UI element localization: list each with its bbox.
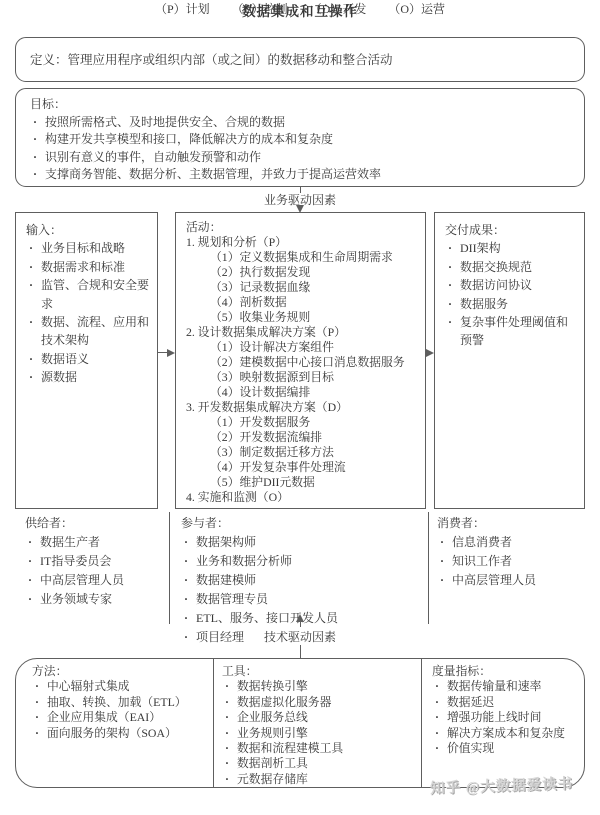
tool-item: 企业服务总线 xyxy=(222,710,414,725)
goal-item: 按照所需格式、及时地提供安全、合规的数据 xyxy=(30,114,570,132)
technical-driver-line-top xyxy=(300,621,301,627)
suppliers-heading: 供给者： xyxy=(25,514,165,533)
metric-item: 数据传输量和速率 xyxy=(432,679,580,694)
tool-item: 数据虚拟化服务器 xyxy=(222,695,414,710)
goals-heading: 目标： xyxy=(30,96,570,114)
legend-item: （D）开发 xyxy=(310,0,367,17)
activity-line: （1）设计解决方案组件 xyxy=(186,340,417,355)
activity-line: （4）设计数据编排 xyxy=(186,385,417,400)
deliverables-box: 交付成果： DII架构 数据交换规范 数据访问协议 数据服务 复杂事件处理阈值和… xyxy=(434,212,585,509)
tool-item: 数据转换引擎 xyxy=(222,679,414,694)
consumer-item: 知识工作者 xyxy=(437,552,587,571)
participant-item: 数据建模师 xyxy=(181,571,421,590)
suppliers-list: 供给者： 数据生产者 IT指导委员会 中高层管理人员 业务领域专家 xyxy=(25,514,165,609)
deliverable-item: 复杂事件处理阈值和预警 xyxy=(445,313,576,350)
tools-heading: 工具： xyxy=(222,664,414,679)
activity-line: （4）开发复杂事件处理流 xyxy=(186,460,417,475)
input-item: 监管、合规和安全要求 xyxy=(26,276,149,313)
definition-box: 定义：管理应用程序或组织内部（或之间）的数据移动和整合活动 xyxy=(15,37,585,82)
deliverable-item: 数据服务 xyxy=(445,295,576,313)
participant-item: 数据架构师 xyxy=(181,533,421,552)
consumer-item: 信息消费者 xyxy=(437,533,587,552)
roles-divider-right xyxy=(428,512,429,624)
metric-item: 解决方案成本和复杂度 xyxy=(432,726,580,741)
activity-line: （5）收集业务规则 xyxy=(186,310,417,325)
input-item: 数据、流程、应用和技术架构 xyxy=(26,313,149,350)
deliverable-item: 数据访问协议 xyxy=(445,276,576,294)
metrics-list: 度量指标： 数据传输量和速率 数据延迟 增强功能上线时间 解决方案成本和复杂度 … xyxy=(432,664,580,756)
activity-line: （5）维护DII元数据 xyxy=(186,475,417,490)
goals-box: 目标： 按照所需格式、及时地提供安全、合规的数据 构建开发共享模型和接口，降低解… xyxy=(15,88,585,187)
supplier-item: IT指导委员会 xyxy=(25,552,165,571)
tool-item: 元数据存储库 xyxy=(222,772,414,787)
activity-line: （1）开发数据服务 xyxy=(186,415,417,430)
deliverable-item: DII架构 xyxy=(445,239,576,257)
input-item: 源数据 xyxy=(26,368,149,386)
participants-heading: 参与者： xyxy=(181,514,421,533)
foundation-divider-left xyxy=(213,658,214,788)
activity-line: 4. 实施和监测（O） xyxy=(186,490,417,505)
activity-line: （2）执行数据发现 xyxy=(186,265,417,280)
legend-item: （C）控制 xyxy=(232,0,288,17)
method-item: 企业应用集成（EAI） xyxy=(32,710,208,725)
arrow-right-icon xyxy=(167,349,175,357)
inputs-box: 输入： 业务目标和战略 数据需求和标准 监管、合规和安全要求 数据、流程、应用和… xyxy=(15,212,158,509)
activity-line: （2）开发数据流编排 xyxy=(186,430,417,445)
inputs-heading: 输入： xyxy=(26,221,149,239)
metric-item: 数据延迟 xyxy=(432,695,580,710)
activities-heading: 活动： xyxy=(186,220,417,235)
tools-list: 工具： 数据转换引擎 数据虚拟化服务器 企业服务总线 业务规则引擎 数据和流程建… xyxy=(222,664,414,787)
activity-line: （3）制定数据迁移方法 xyxy=(186,445,417,460)
legend-item: （P）计划 xyxy=(155,0,210,17)
activity-line: （4）剖析数据 xyxy=(186,295,417,310)
goal-item: 支撑商务智能、数据分析、主数据管理，并致力于提高运营效率 xyxy=(30,166,570,184)
consumers-list: 消费者： 信息消费者 知识工作者 中高层管理人员 xyxy=(437,514,587,590)
methods-list: 方法： 中心辐射式集成 抽取、转换、加载（ETL） 企业应用集成（EAI） 面向… xyxy=(32,664,208,741)
supplier-item: 数据生产者 xyxy=(25,533,165,552)
tool-item: 业务规则引擎 xyxy=(222,726,414,741)
method-item: 面向服务的架构（SOA） xyxy=(32,726,208,741)
activity-line: 3. 开发数据集成解决方案（D） xyxy=(186,400,417,415)
participant-item: 数据管理专员 xyxy=(181,590,421,609)
diagram-canvas: 数据集成和互操作 定义：管理应用程序或组织内部（或之间）的数据移动和整合活动 目… xyxy=(0,0,600,815)
activity-line: 1. 规划和分析（P） xyxy=(186,235,417,250)
legend: （P）计划 （C）控制 （D）开发 （O）运营 xyxy=(0,0,600,17)
tool-item: 数据和流程建模工具 xyxy=(222,741,414,756)
goal-item: 识别有意义的事件，自动触发预警和动作 xyxy=(30,149,570,167)
tool-item: 数据剖析工具 xyxy=(222,756,414,771)
roles-divider-left xyxy=(169,512,170,624)
activities-box: 活动： 1. 规划和分析（P） （1）定义数据集成和生命周期需求 （2）执行数据… xyxy=(175,212,426,509)
method-item: 抽取、转换、加载（ETL） xyxy=(32,695,208,710)
activity-line: （2）建模数据中心接口消息数据服务 xyxy=(186,355,417,370)
foundation-divider-right xyxy=(421,658,422,788)
method-item: 中心辐射式集成 xyxy=(32,679,208,694)
supplier-item: 业务领域专家 xyxy=(25,590,165,609)
metric-item: 增强功能上线时间 xyxy=(432,710,580,725)
input-item: 数据需求和标准 xyxy=(26,258,149,276)
methods-heading: 方法： xyxy=(32,664,208,679)
consumer-item: 中高层管理人员 xyxy=(437,571,587,590)
consumers-heading: 消费者： xyxy=(437,514,587,533)
legend-item: （O）运营 xyxy=(388,0,445,17)
metrics-heading: 度量指标： xyxy=(432,664,580,679)
activity-line: （3）记录数据血缘 xyxy=(186,280,417,295)
goal-item: 构建开发共享模型和接口，降低解决方的成本和复杂度 xyxy=(30,131,570,149)
arrow-right-icon xyxy=(426,349,434,357)
participant-item: 业务和数据分析师 xyxy=(181,552,421,571)
supplier-item: 中高层管理人员 xyxy=(25,571,165,590)
deliverable-item: 数据交换规范 xyxy=(445,258,576,276)
activity-line: （3）映射数据源到目标 xyxy=(186,370,417,385)
definition-text: 定义：管理应用程序或组织内部（或之间）的数据移动和整合活动 xyxy=(16,38,584,68)
technical-driver-label: 技术驱动因素 xyxy=(0,628,600,645)
activity-line: （1）定义数据集成和生命周期需求 xyxy=(186,250,417,265)
activity-line: 2. 设计数据集成解决方案（P） xyxy=(186,325,417,340)
deliverables-heading: 交付成果： xyxy=(445,221,576,239)
input-item: 数据语义 xyxy=(26,350,149,368)
metric-item: 价值实现 xyxy=(432,741,580,756)
input-item: 业务目标和战略 xyxy=(26,239,149,257)
technical-driver-line-bottom xyxy=(300,645,301,658)
